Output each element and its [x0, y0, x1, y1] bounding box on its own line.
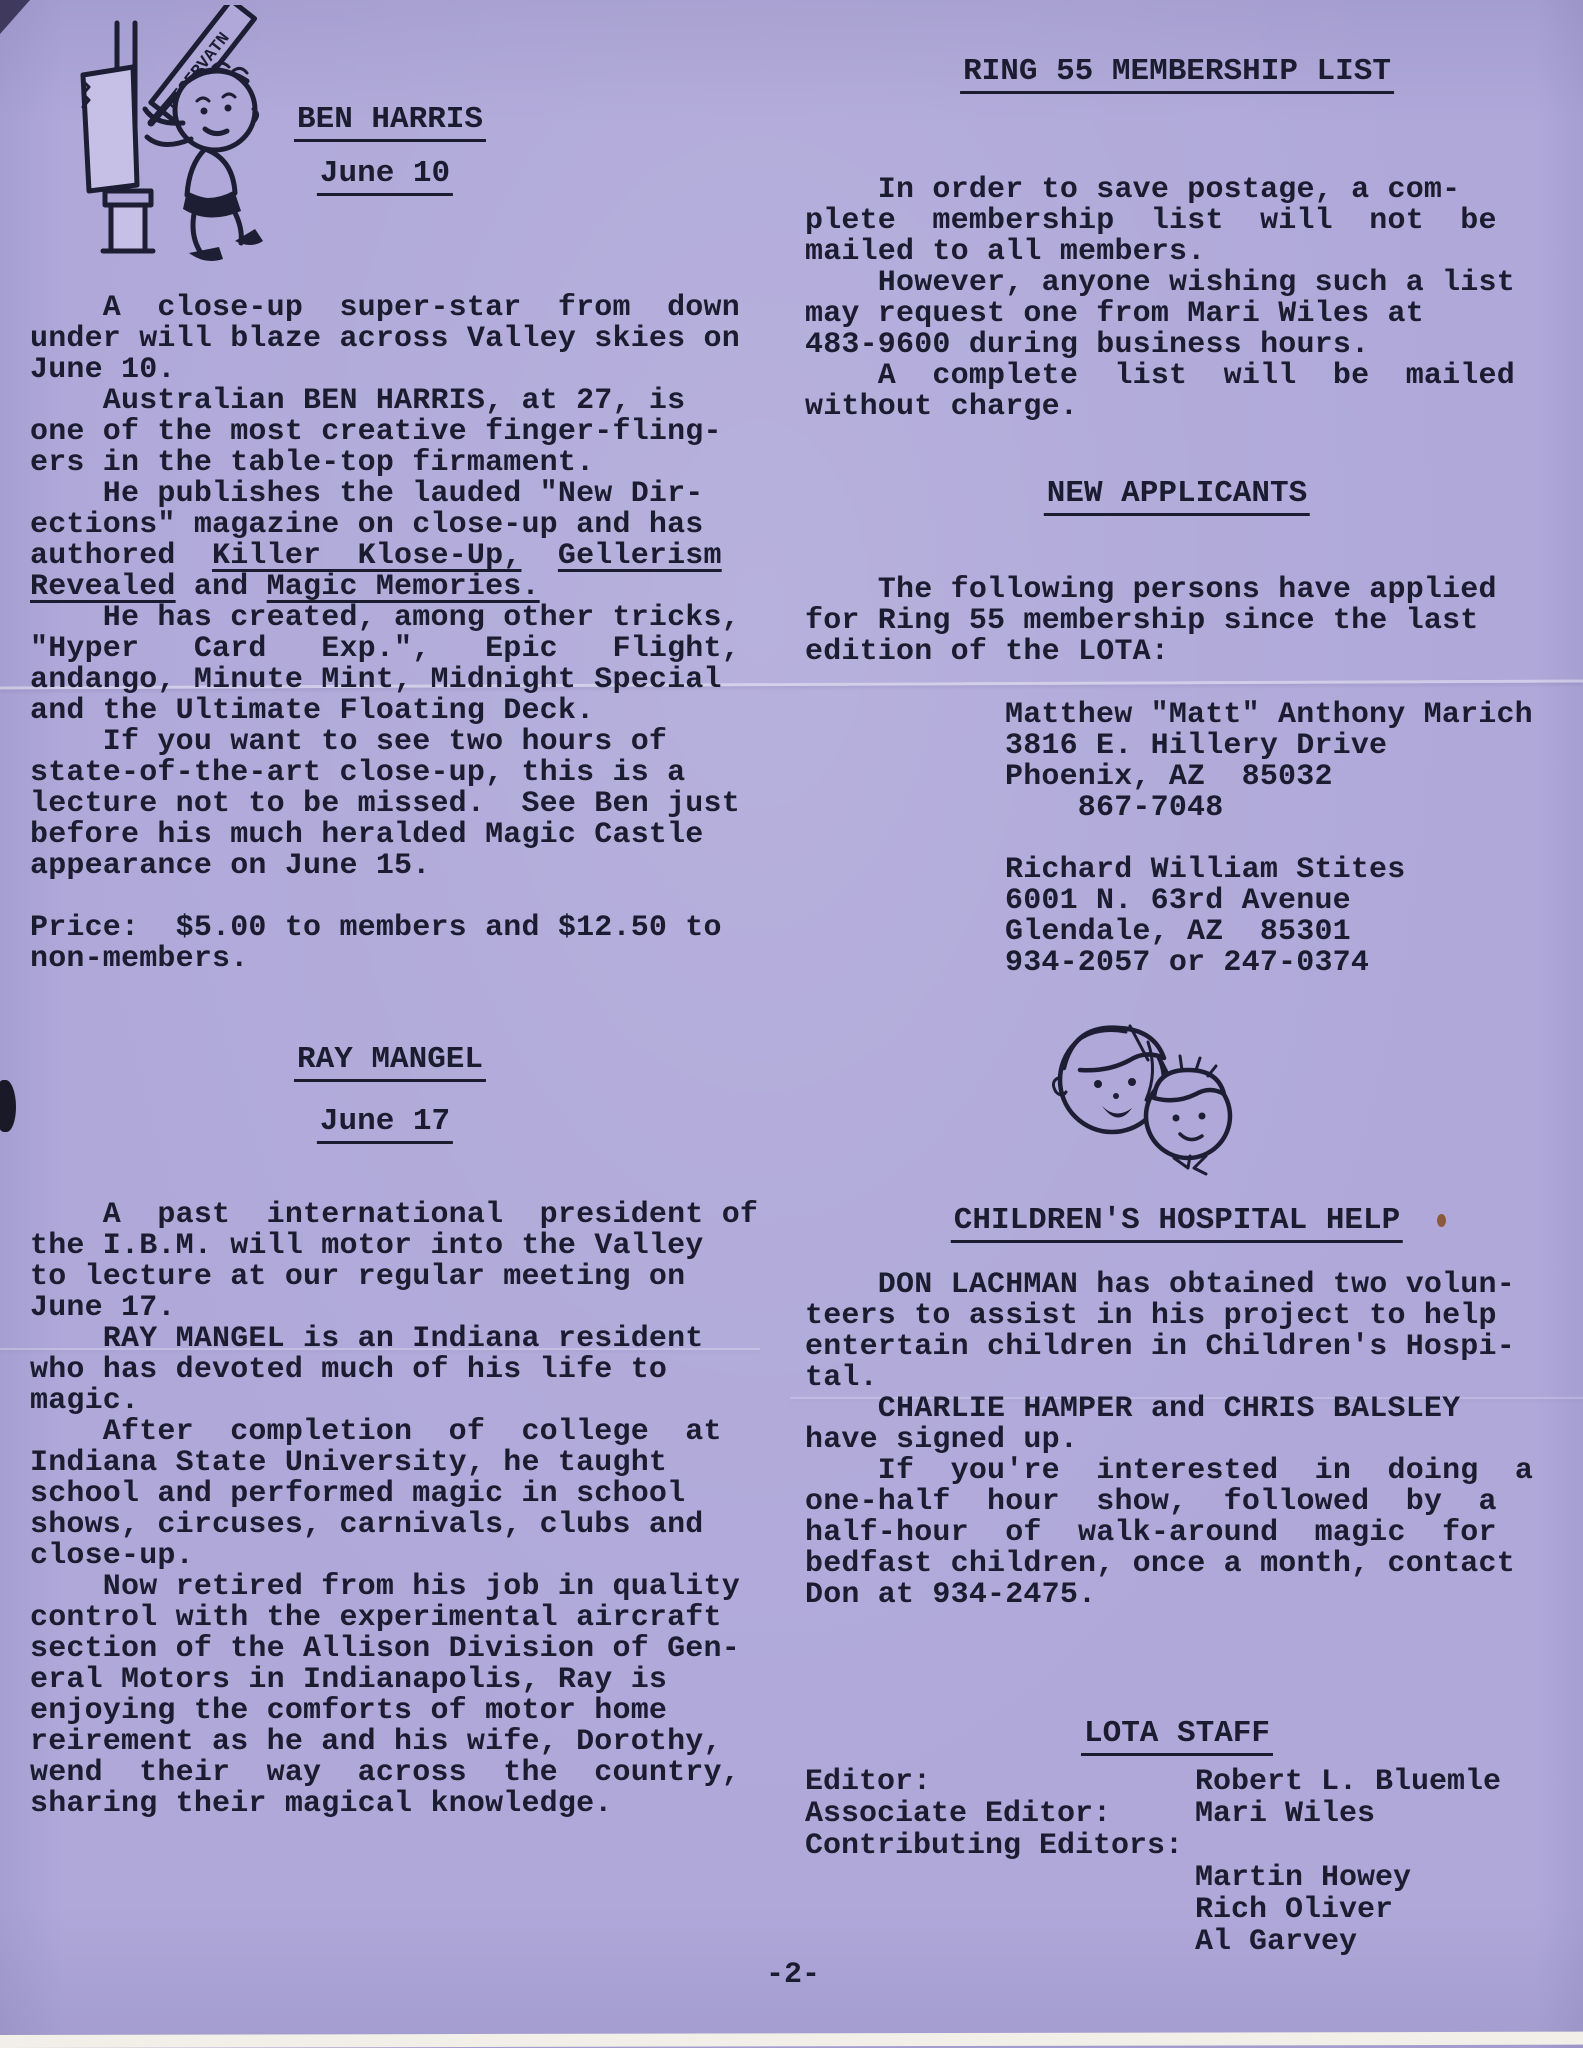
sawing-reservation-cartoon: RESERVATN — [55, 5, 290, 270]
new-applicants-title: NEW APPLICANTS — [1044, 477, 1310, 516]
text-line: the I.B.M. will motor into the Valley — [30, 1231, 780, 1262]
children-clipart — [1030, 982, 1250, 1182]
text-line: sharing their magical knowledge. — [30, 1789, 780, 1820]
text-line: appearance on June 15. — [30, 851, 770, 882]
text-line: one of the most creative finger-fling- — [30, 417, 770, 448]
text-line: who has devoted much of his life to — [30, 1355, 780, 1386]
staff-row: Associate Editor:Mari Wiles — [805, 1798, 1565, 1830]
text-line: entertain children in Children's Hospi- — [805, 1332, 1555, 1363]
text-line: 6001 N. 63rd Avenue — [1005, 886, 1565, 917]
text-line: Matthew "Matt" Anthony Marich — [1005, 700, 1565, 731]
lota-staff-table: Editor:Robert L. BluemleAssociate Editor… — [805, 1766, 1565, 1958]
text-line: for Ring 55 membership since the last — [805, 606, 1545, 637]
text-line: without charge. — [805, 392, 1545, 423]
text-line: 483-9600 during business hours. — [805, 330, 1545, 361]
text-line: However, anyone wishing such a list — [805, 268, 1545, 299]
membership-title: RING 55 MEMBERSHIP LIST — [960, 55, 1394, 94]
applicant-entry: Richard William Stites6001 N. 63rd Avenu… — [1005, 855, 1565, 979]
text-line: Now retired from his job in quality — [30, 1572, 780, 1603]
staff-row: Contributing Editors: — [805, 1830, 1565, 1862]
hospital-help-body: DON LACHMAN has obtained two volun-teers… — [805, 1270, 1555, 1611]
ben-harris-price: Price: $5.00 to members and $12.50 tonon… — [30, 913, 770, 975]
ben-harris-date: June 10 — [317, 157, 453, 196]
text-line: edition of the LOTA: — [805, 637, 1545, 668]
text-line: bedfast children, once a month, contact — [805, 1549, 1555, 1580]
ray-mangel-title: RAY MANGEL — [294, 1043, 486, 1082]
ben-harris-body: A close-up super-star from downunder wil… — [30, 293, 770, 882]
text-line: section of the Allison Division of Gen- — [30, 1634, 780, 1665]
staff-row: Rich Oliver — [805, 1894, 1565, 1926]
text-line: control with the experimental aircraft — [30, 1603, 780, 1634]
staff-row: Editor:Robert L. Bluemle — [805, 1766, 1565, 1798]
text-line: Glendale, AZ 85301 — [1005, 917, 1565, 948]
scan-edge — [0, 2032, 1583, 2048]
text-line: 867-7048 — [1005, 793, 1565, 824]
text-line: tal. — [805, 1363, 1555, 1394]
text-line: and the Ultimate Floating Deck. — [30, 696, 770, 727]
text-line: If you're interested in doing a — [805, 1456, 1555, 1487]
text-line: reirement as he and his wife, Dorothy, — [30, 1727, 780, 1758]
text-line: 3816 E. Hillery Drive — [1005, 731, 1565, 762]
text-line: Revealed and Magic Memories. — [30, 572, 770, 603]
text-line: Price: $5.00 to members and $12.50 to — [30, 913, 770, 944]
text-line: He has created, among other tricks, — [30, 603, 770, 634]
staff-row: Al Garvey — [805, 1926, 1565, 1958]
membership-body: In order to save postage, a com-plete me… — [805, 175, 1545, 423]
new-applicants-intro: The following persons have appliedfor Ri… — [805, 575, 1545, 668]
text-line: A past international president of — [30, 1200, 780, 1231]
text-line: non-members. — [30, 944, 770, 975]
text-line: authored Killer Klose-Up, Gellerism — [30, 541, 770, 572]
text-line: If you want to see two hours of — [30, 727, 770, 758]
text-line: ers in the table-top firmament. — [30, 448, 770, 479]
text-line: school and performed magic in school — [30, 1479, 780, 1510]
text-line: June 10. — [30, 355, 770, 386]
text-line: eral Motors in Indianapolis, Ray is — [30, 1665, 780, 1696]
text-line: teers to assist in his project to help — [805, 1301, 1555, 1332]
text-line: Phoenix, AZ 85032 — [1005, 762, 1565, 793]
text-line: After completion of college at — [30, 1417, 780, 1448]
ray-mangel-body: A past international president ofthe I.B… — [30, 1200, 780, 1820]
text-line: CHARLIE HAMPER and CHRIS BALSLEY — [805, 1394, 1555, 1425]
text-line: under will blaze across Valley skies on — [30, 324, 770, 355]
text-line: Indiana State University, he taught — [30, 1448, 780, 1479]
text-line: DON LACHMAN has obtained two volun- — [805, 1270, 1555, 1301]
text-line: one-half hour show, followed by a — [805, 1487, 1555, 1518]
text-line: have signed up. — [805, 1425, 1555, 1456]
corner-shadow — [0, 0, 30, 34]
text-line: lecture not to be missed. See Ben just — [30, 789, 770, 820]
text-line: 934-2057 or 247-0374 — [1005, 948, 1565, 979]
text-line: before his much heralded Magic Castle — [30, 820, 770, 851]
newsletter-page: RESERVATN — [0, 0, 1583, 2048]
text-line: A close-up super-star from down — [30, 293, 770, 324]
ben-harris-title: BEN HARRIS — [294, 103, 486, 142]
text-line: close-up. — [30, 1541, 780, 1572]
ink-speck — [1437, 1214, 1446, 1227]
text-line: may request one from Mari Wiles at — [805, 299, 1545, 330]
text-line: The following persons have applied — [805, 575, 1545, 606]
text-line: Australian BEN HARRIS, at 27, is — [30, 386, 770, 417]
text-line: Don at 934-2475. — [805, 1580, 1555, 1611]
text-line: plete membership list will not be — [805, 206, 1545, 237]
text-line: June 17. — [30, 1293, 780, 1324]
text-line: "Hyper Card Exp.", Epic Flight, — [30, 634, 770, 665]
text-line: ections" magazine on close-up and has — [30, 510, 770, 541]
page-number: -2- — [766, 1960, 820, 1991]
text-line: RAY MANGEL is an Indiana resident — [30, 1324, 780, 1355]
text-line: Richard William Stites — [1005, 855, 1565, 886]
hospital-help-title: CHILDREN'S HOSPITAL HELP — [951, 1204, 1403, 1243]
staff-row: Martin Howey — [805, 1862, 1565, 1894]
text-line: A complete list will be mailed — [805, 361, 1545, 392]
text-line: wend their way across the country, — [30, 1758, 780, 1789]
text-line: enjoying the comforts of motor home — [30, 1696, 780, 1727]
text-line: to lecture at our regular meeting on — [30, 1262, 780, 1293]
text-line: In order to save postage, a com- — [805, 175, 1545, 206]
text-line: mailed to all members. — [805, 237, 1545, 268]
text-line: andango, Minute Mint, Midnight Special — [30, 665, 770, 696]
applicant-entry: Matthew "Matt" Anthony Marich3816 E. Hil… — [1005, 700, 1565, 824]
text-line: half-hour of walk-around magic for — [805, 1518, 1555, 1549]
text-line: magic. — [30, 1386, 780, 1417]
text-line: He publishes the lauded "New Dir- — [30, 479, 770, 510]
ink-blob — [0, 1080, 16, 1132]
ray-mangel-date: June 17 — [317, 1105, 453, 1144]
text-line: shows, circuses, carnivals, clubs and — [30, 1510, 780, 1541]
text-line: state-of-the-art close-up, this is a — [30, 758, 770, 789]
lota-staff-title: LOTA STAFF — [1081, 1717, 1273, 1756]
